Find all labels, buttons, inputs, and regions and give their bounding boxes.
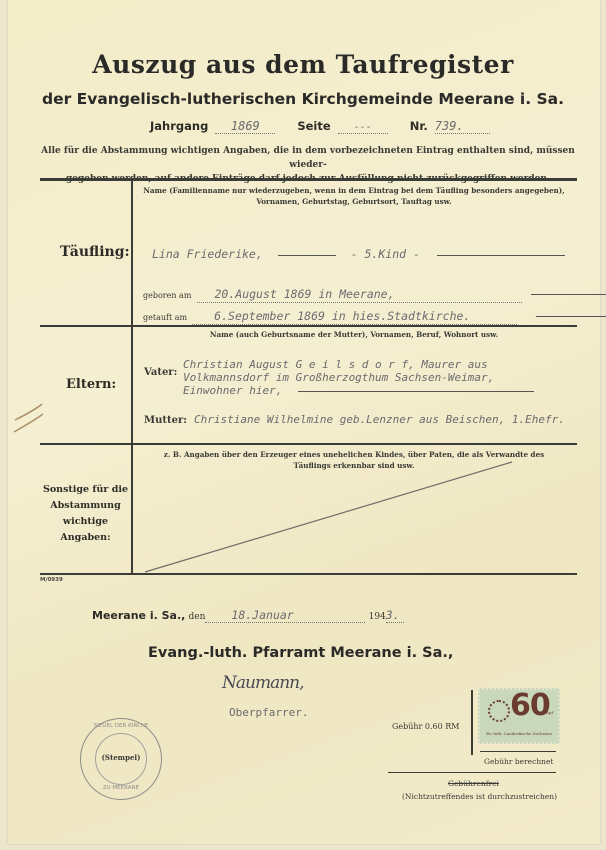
seal-top-text: SIEGEL DER KIRCHE	[85, 723, 157, 729]
fee-stamp-text: Ev.-luth. Landeskirche Sachsens	[482, 731, 556, 736]
fee-revenue-stamp: 60 Rpf Ev.-luth. Landeskirche Sachsens	[478, 688, 560, 744]
parish-office: Evang.-luth. Pfarramt Meerane i. Sa.,	[148, 645, 453, 661]
fee-free: Gebührenfrei	[448, 779, 499, 788]
seal-bottom-text: ZU MEERANE	[85, 785, 157, 791]
fee-stamp-value: 60	[510, 688, 550, 723]
signature: Naumann,	[222, 673, 304, 693]
signatory-title: Oberpfarrer.	[229, 706, 308, 719]
year-prefix: 194	[369, 612, 386, 622]
year-suffix: 3.	[386, 608, 400, 622]
fee-bottom-rule	[388, 772, 556, 773]
fee-charged: Gebühr berechnet	[484, 757, 553, 766]
fee-stamp-unit: Rpf	[546, 710, 553, 715]
seal-center-text: (Stempel)	[81, 753, 161, 762]
church-seal: SIEGEL DER KIRCHE (Stempel) ZU MEERANE	[80, 718, 162, 800]
fee-label: Gebühr 0.60 RM	[392, 722, 460, 731]
fee-charged-rule	[480, 751, 556, 752]
place-date-row: Meerane i. Sa., den18.Januar 1943.	[92, 608, 404, 623]
fee-divider-vertical	[471, 690, 473, 755]
strike-instruction: (Nichtzutreffendes ist durchzustreichen)	[402, 792, 557, 801]
place: Meerane i. Sa.,	[92, 609, 185, 622]
date-value: 18.Januar	[231, 608, 293, 622]
den-label: den	[189, 612, 206, 622]
form-code: M/0939	[40, 577, 63, 583]
rosette-icon	[488, 700, 510, 722]
